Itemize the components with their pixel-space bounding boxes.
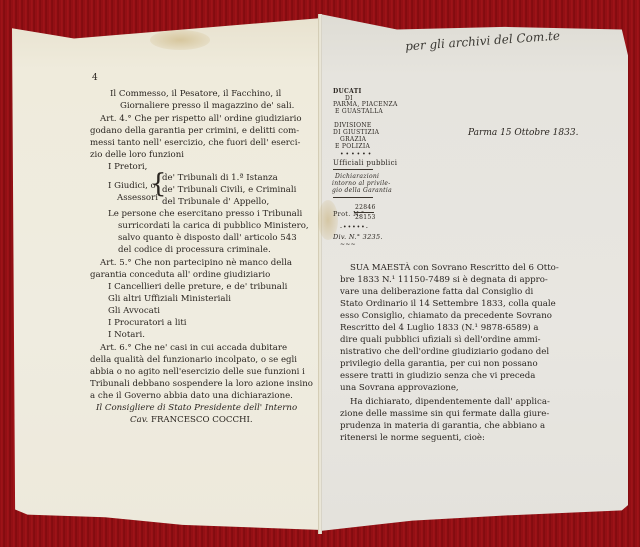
divider <box>333 197 373 198</box>
page-fold <box>318 14 322 534</box>
body-line-10: essere tratti in giudizio senza che vi p… <box>340 370 535 382</box>
art4-line-3: messi tanto nell' esercizio, che fuori d… <box>90 137 300 149</box>
art6-line-4: Tribunali debbano sospendere la loro azi… <box>90 378 313 390</box>
giudici-label: I Giudici, o <box>108 180 156 192</box>
ornament: -•••••- <box>340 224 369 232</box>
signature-name: Cav. FRANCESCO COCCHI. <box>130 414 253 426</box>
persone-line-4: del codice di processura criminale. <box>118 244 271 256</box>
fraction-line <box>354 212 374 213</box>
tribunali-line-2: de' Tribunali Civili, e Criminali <box>162 184 296 196</box>
art5-list-5: I Notari. <box>108 329 145 341</box>
body-line-9: privilegio della garantia, per cui non p… <box>340 358 538 370</box>
tribunali-line-1: de' Tribunali di 1.ª Istanza <box>162 172 278 184</box>
signature-title: Il Consigliere di Stato Presidente dell'… <box>96 402 297 414</box>
body-line-6: Rescritto del 4 Luglio 1833 (N.¹ 9878-65… <box>340 322 539 334</box>
intro-line-2: Giornaliere presso il magazzino de' sali… <box>120 100 294 112</box>
art5-line-1: Art. 5.° Che non partecipino nè manco de… <box>100 257 292 269</box>
div-number: Div. N.° 3235. <box>333 233 383 241</box>
body-line-7: dire quali pubblici ufiziali sì dell'ord… <box>340 334 541 346</box>
body2-line-3: prudenza in materia di garantia, che abb… <box>340 420 545 432</box>
body2-line-4: ritenersi le norme seguenti, cioè: <box>340 432 485 444</box>
body2-line-1: Ha dichiarato, dipendentemente dall' app… <box>350 396 550 408</box>
body2-line-2: zione delle massime sin qui fermate dall… <box>340 408 549 420</box>
art5-list-3: Gli Avvocati <box>108 305 160 317</box>
body-line-2: bre 1833 N.¹ 11150-7489 si è degnata di … <box>340 274 548 286</box>
art4-line-1: Art. 4.° Che per rispetto all' ordine gi… <box>100 113 302 125</box>
art6-line-3: abbia o no agito nell'esercizio delle su… <box>90 366 305 378</box>
document-date: Parma 15 Ottobre 1833. <box>468 127 578 139</box>
body-line-1: SUA MAESTÀ con Sovrano Rescritto del 6 O… <box>350 262 559 274</box>
paper-stain <box>150 30 210 50</box>
persone-line-3: salvo quanto è disposto dall' articolo 5… <box>118 232 297 244</box>
ornament-flourish: ~~~ <box>340 241 356 249</box>
art4-line-4: zio delle loro funzioni <box>90 149 184 161</box>
body-line-5: esso Consiglio, chiamato da precedente S… <box>340 310 552 322</box>
divider <box>333 169 373 170</box>
letterhead-guastalla: E GUASTALLA <box>335 108 383 116</box>
ornament: •••••• <box>340 151 373 159</box>
persone-line-1: Le persone che esercitano presso i Tribu… <box>108 208 302 220</box>
prot-number-top: 22846 <box>355 204 376 212</box>
art5-list-4: I Procuratori a liti <box>108 317 187 329</box>
body-line-11: una Sovrana approvazione, <box>340 382 459 394</box>
intro-line-1: Il Commesso, il Pesatore, il Facchino, i… <box>110 88 281 100</box>
page-number: 4 <box>92 72 98 84</box>
art5-list-2: Gli altri Uffiziali Ministeriali <box>108 293 231 305</box>
division-line-4: E POLIZIA <box>335 143 370 151</box>
pretori: I Pretori, <box>108 161 147 173</box>
art6-line-2: della qualità del funzionario incolpato,… <box>90 354 297 366</box>
art5-line-2: garantia conceduta all' ordine giudiziar… <box>90 269 270 281</box>
art5-list-1: I Cancellieri delle preture, e de' tribu… <box>108 281 287 293</box>
tribunali-line-3: del Tribunale d' Appello, <box>162 196 269 208</box>
body-line-3: vare una deliberazione fatta dal Consigl… <box>340 286 533 298</box>
persone-line-2: surricordati la carica di pubblico Minis… <box>118 220 309 232</box>
art6-line-1: Art. 6.° Che ne' casi in cui accada dubi… <box>100 342 287 354</box>
office-label: Ufficiali pubblici <box>333 159 397 167</box>
prot-number-bottom: 28153 <box>355 214 376 222</box>
art6-line-5: a che il Governo abbia dato una dichiara… <box>90 390 293 402</box>
subject-line-3: gio della Garantia <box>332 187 392 195</box>
art4-line-2: godano della garantia per crimini, e del… <box>90 125 299 137</box>
body-line-8: nistrativo che dell'ordine giudiziario g… <box>340 346 549 358</box>
body-line-4: Stato Ordinario il 14 Settembre 1833, co… <box>340 298 556 310</box>
